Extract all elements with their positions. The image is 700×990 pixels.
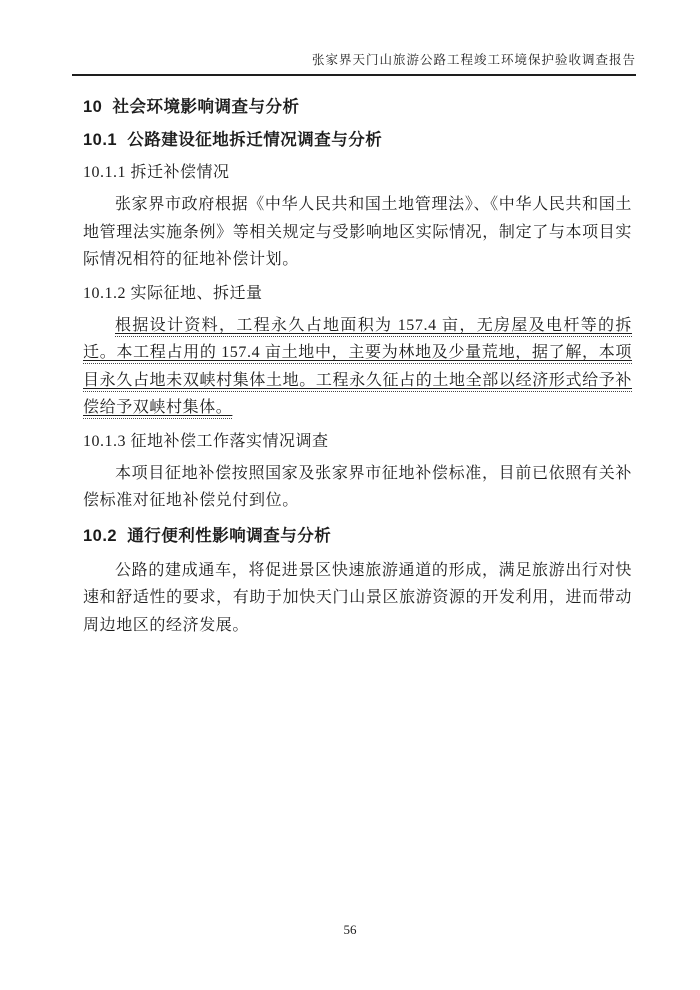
paragraph-compensation-plan: 张家界市政府根据《中华人民共和国土地管理法》、《中华人民共和国土地管理法实施条例… [83,191,632,274]
section-heading-10: 10 社会环境影响调查与分析 [83,95,632,119]
section-heading-10-1-1: 10.1.1 拆迁补偿情况 [83,161,632,185]
page-header-title: 张家界天门山旅游公路工程竣工环境保护验收调查报告 [72,50,636,76]
document-page: 张家界天门山旅游公路工程竣工环境保护验收调查报告 10 社会环境影响调查与分析 … [0,0,700,990]
section-heading-10-1: 10.1 公路建设征地拆迁情况调查与分析 [83,128,632,152]
paragraph-land-occupation: 根据设计资料，工程永久占地面积为 157.4 亩，无房屋及电杆等的拆迁。本工程占… [83,312,632,422]
section-heading-10-1-2: 10.1.2 实际征地、拆迁量 [83,282,632,306]
page-body: 10 社会环境影响调查与分析 10.1 公路建设征地拆迁情况调查与分析 10.1… [83,86,632,643]
section-heading-10-1-3: 10.1.3 征地补偿工作落实情况调查 [83,430,632,454]
page-number: 56 [0,922,700,938]
paragraph-compensation-implementation: 本项目征地补偿按照国家及张家界市征地补偿标准，目前已依照有关补偿标准对征地补偿兑… [83,460,632,515]
section-heading-10-2: 10.2 通行便利性影响调查与分析 [83,524,632,548]
underlined-inserted-text: 根据设计资料，工程永久占地面积为 157.4 亩，无房屋及电杆等的拆迁。本工程占… [83,317,632,420]
paragraph-traffic-convenience: 公路的建成通车，将促进景区快速旅游通道的形成，满足旅游出行对快速和舒适性的要求，… [83,557,632,640]
